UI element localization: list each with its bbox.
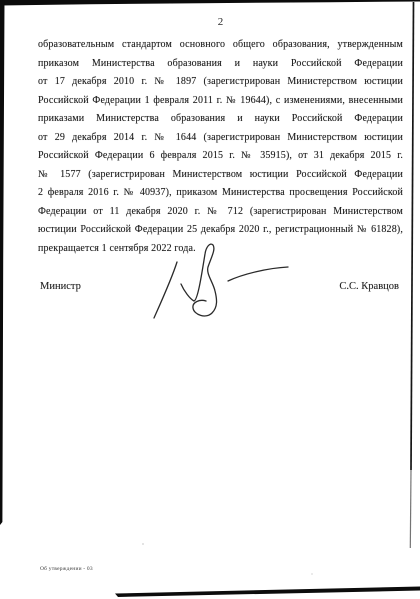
scan-edge-left (0, 0, 5, 525)
body-line: № 1577 (зарегистрирован Министерством юс… (38, 166, 403, 185)
body-line: Российской Федерации 1 февраля 2011 г. №… (38, 92, 403, 111)
body-line: Федерации от 11 декабря 2020 г. № 712 (з… (38, 203, 403, 222)
scan-edge-bottom (115, 587, 420, 598)
body-line: приказом Министерства образования и наук… (38, 55, 403, 74)
signature-stroke-slash (154, 262, 177, 318)
body-paragraph: образовательным стандартом основного общ… (38, 36, 403, 258)
scan-noise-speck (142, 543, 144, 545)
signee-name: С.С. Кравцов (339, 281, 399, 292)
minister-title: Министр (40, 281, 81, 292)
body-line: от 17 декабря 2010 г. № 1897 (зарегистри… (38, 73, 403, 92)
body-line: Российской Федерации 6 февраля 2015 г. №… (38, 147, 403, 166)
body-line: 2 февраля 2016 г. № 40937), приказом Мин… (38, 184, 403, 203)
signature-stroke-dash (228, 267, 288, 281)
scan-edge-right (411, 2, 414, 470)
scan-noise-speck (311, 573, 313, 575)
body-line: от 29 декабря 2014 г. № 1644 (зарегистри… (38, 129, 403, 148)
footer-note: Об утверждении - 03 (40, 566, 93, 572)
scan-edge-top (0, 0, 420, 6)
signature-icon (138, 240, 298, 328)
signature-stroke-main (181, 244, 217, 316)
body-line: приказами Министерства образования и нау… (38, 110, 403, 129)
page-number: 2 (38, 16, 403, 28)
scanned-document-page: 2 образовательным стандартом основного о… (0, 0, 420, 599)
body-line: юстиции Российской Федерации 25 декабря … (38, 221, 403, 240)
scan-edge-right-fade (410, 470, 411, 548)
body-line: образовательным стандартом основного общ… (38, 36, 403, 55)
